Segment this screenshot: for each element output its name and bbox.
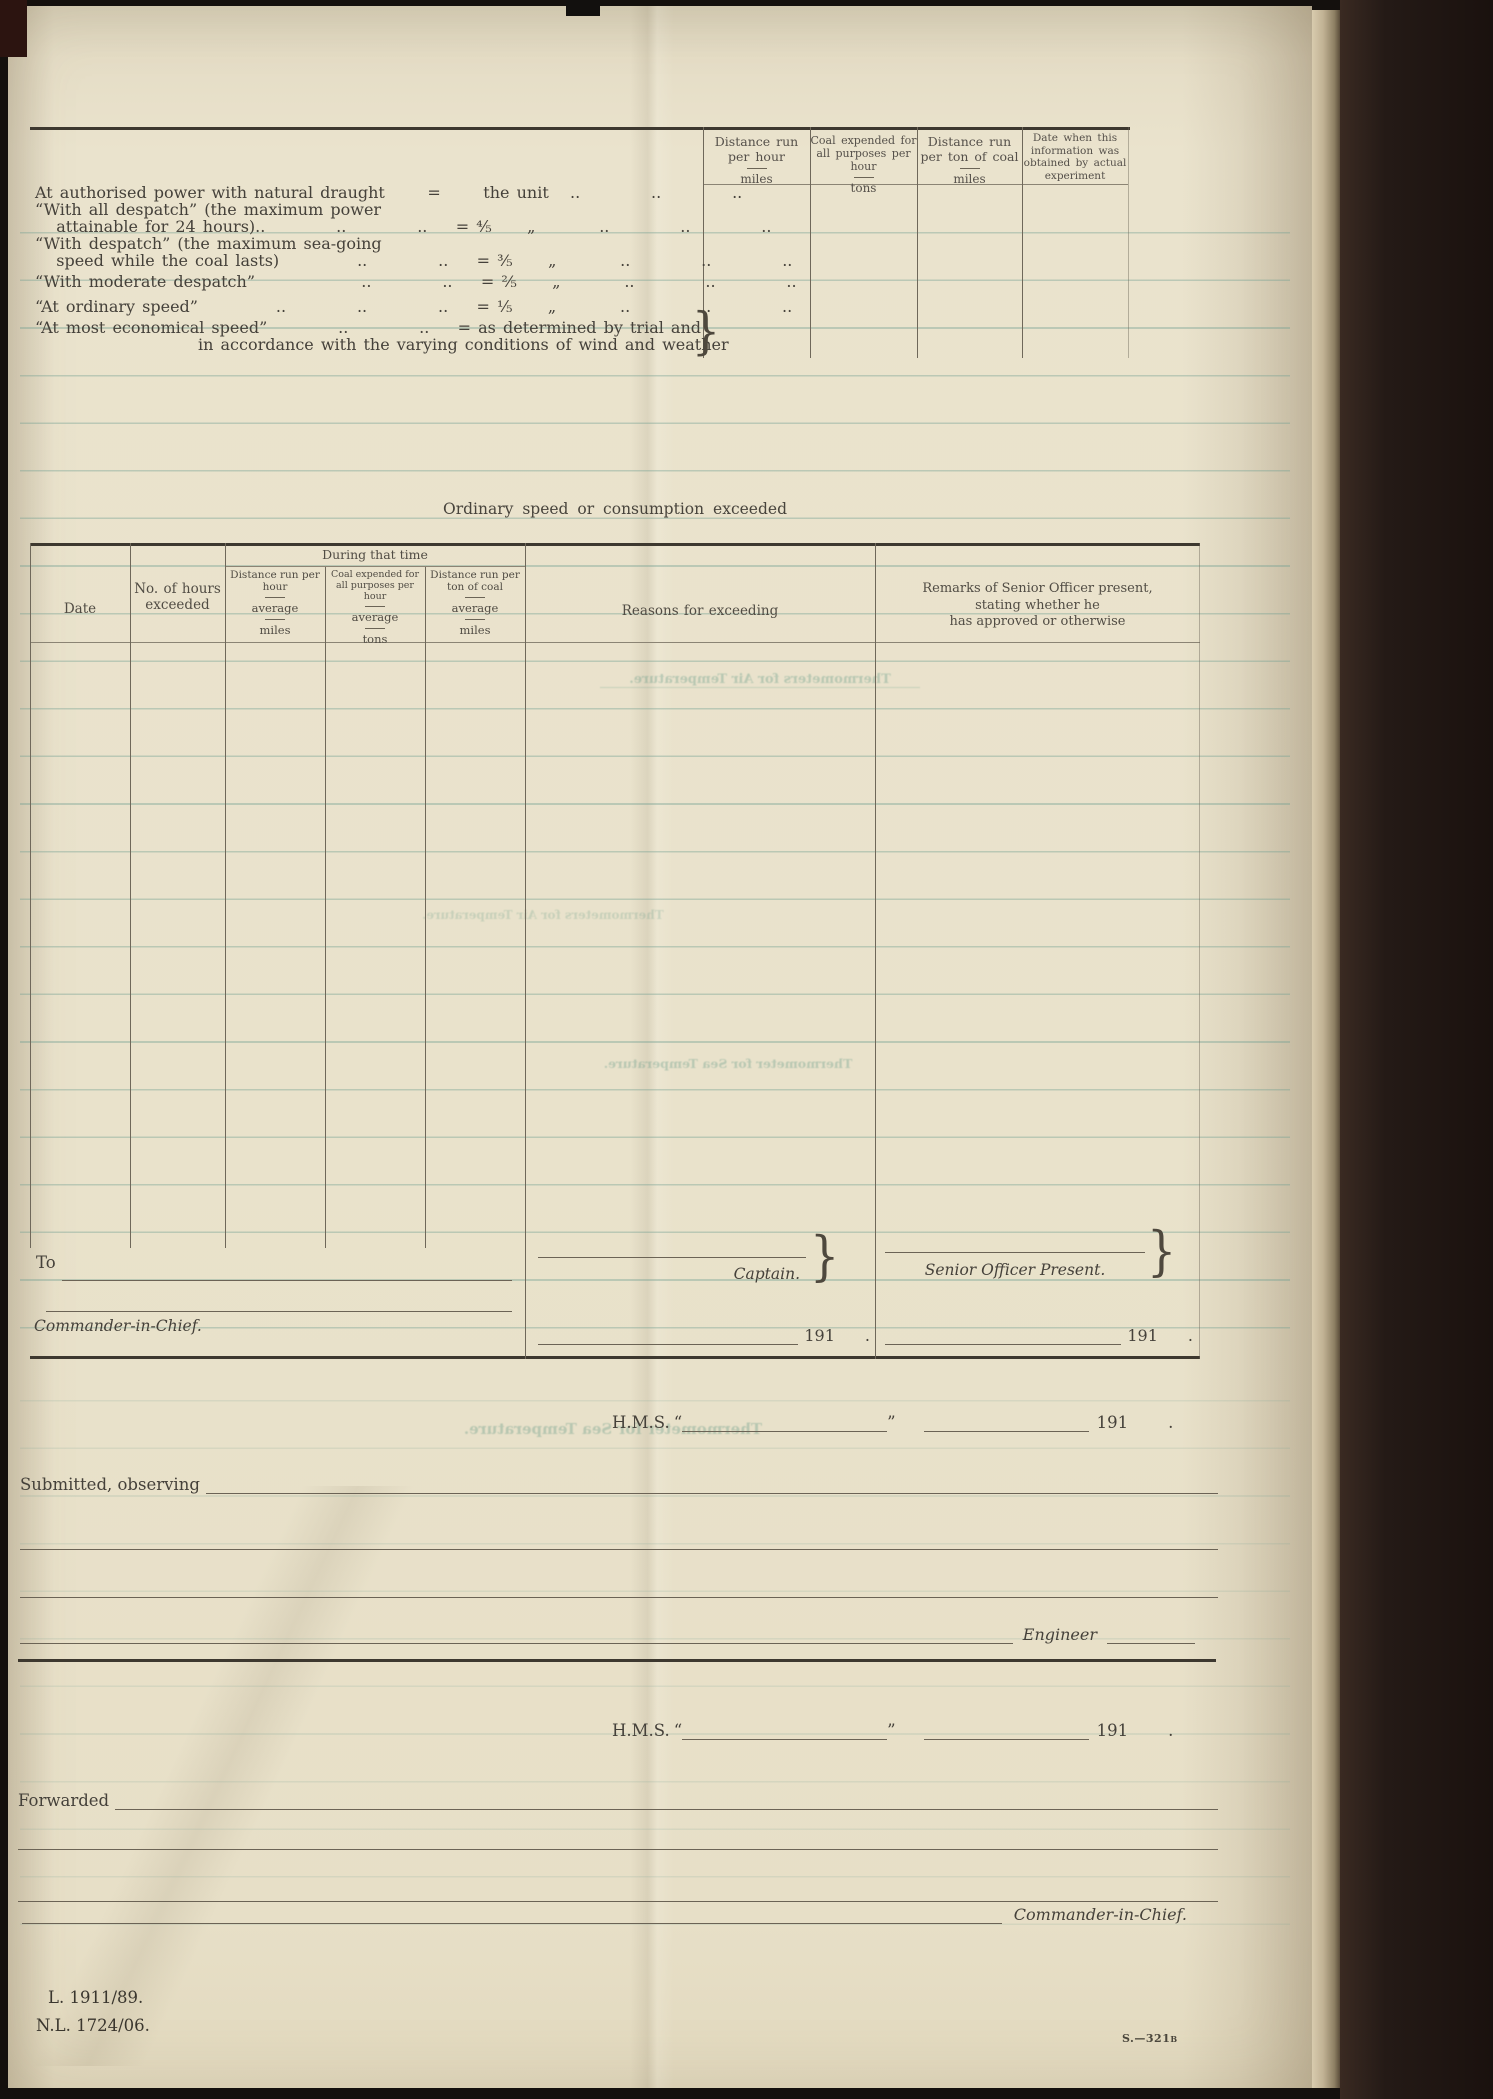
engineer-row: Engineer [20,1622,1195,1644]
remarks-line-3: has approved or otherwise [875,614,1200,631]
forwarded-row: Forwarded [18,1788,1218,1810]
power-line: attainable for 24 hours).. .. .. = ⅘ „ .… [35,218,797,235]
captain-date-row: 191 . [538,1323,874,1345]
header-remarks: Remarks of Senior Officer present, stati… [875,581,1200,631]
year-prefix: 191 [804,1326,835,1345]
sub-unit: miles [425,623,525,637]
engineer-blank-line [20,1642,1013,1644]
commander-blank-line [22,1922,1002,1924]
header-during-that-time: During that time [225,547,525,562]
scanned-form-page: Thermometers for Air Temperature. Thermo… [0,0,1493,2099]
header-date: Date [30,601,130,617]
column-header-distance-per-hour: Distance run per hour miles [703,134,810,186]
economical-speed-brace: } [692,307,720,358]
power-line: “At most economical speed” .. .. = as de… [35,319,797,336]
header-dash [465,619,485,620]
year-dot: . [1188,1326,1193,1345]
imprint-ref-2: N.L. 1724/06. [36,2016,150,2035]
remarks-line-2: stating whether he [875,598,1200,615]
exceed-left-border [30,543,31,1248]
submitted-blank-line [206,1492,1218,1494]
subheader-distance-per-ton: Distance run per ton of coal average mil… [425,569,525,637]
senior-officer-label: Senior Officer Present. [885,1261,1145,1279]
power-table-top-rule [30,127,1130,130]
header-dash [365,606,385,607]
subheader-distance-per-hour: Distance run per hour average miles [225,569,325,637]
power-line: “At ordinary speed” .. .. .. = ⅕ „ .. ..… [35,298,797,315]
sub-title: Distance run per ton of coal [425,569,525,593]
column-unit: miles [917,172,1022,186]
to-blank-line-2 [46,1311,512,1312]
dark-backing-right [1340,0,1493,2099]
header-dash [960,168,980,169]
column-header-coal-expended: Coal expended for all purposes per hour … [810,134,917,195]
column-unit: tons [810,181,917,195]
captain-date-line [538,1343,798,1345]
section-separator-rule [18,1659,1216,1662]
commander-row: Commander-in-Chief. [22,1902,1187,1924]
forwarded-blank-line [115,1808,1218,1810]
sub-unit: tons [325,632,425,646]
date-line [924,1430,1089,1432]
dark-corner-top-left [0,0,27,57]
sub-average: average [225,601,325,615]
power-line: speed while the coal lasts) .. .. = ⅗ „ … [35,252,797,269]
close-quote: ” [887,1413,895,1432]
exceed-table: Date No. of hours exceeded During that t… [30,543,1200,1359]
column-title: Distance run per hour [703,134,810,164]
close-quote: ” [887,1721,895,1740]
header-dash [365,628,385,629]
power-line: “With moderate despatch” .. .. = ⅖ „ .. … [35,273,797,290]
hms-label: H.M.S. [612,1721,670,1740]
header-dash [265,597,285,598]
exceed-table-bottom-rule [30,1356,1200,1359]
to-label: To [36,1253,56,1272]
captain-brace: } [810,1230,839,1283]
bleedthrough-ruled-lines-lower [20,1354,1290,1950]
remarks-line-1: Remarks of Senior Officer present, [875,581,1200,598]
open-quote: “ [674,1721,682,1740]
senior-brace: } [1147,1225,1176,1278]
captain-signature-line [538,1257,806,1258]
senior-signature-line [885,1252,1145,1253]
exceed-right-border [1199,543,1200,1359]
blank-line [20,1597,1218,1598]
engineer-short-line [1107,1642,1195,1644]
header-dash [854,177,874,178]
exceed-table-top-rule [30,543,1200,546]
column-header-distance-per-ton: Distance run per ton of coal miles [917,134,1022,186]
exceed-header-underline [30,642,1200,643]
year-prefix: 191 [1127,1326,1158,1345]
exceed-divider-sub1 [325,567,326,1248]
blank-line [20,1549,1218,1550]
exceed-divider-date [130,543,131,1248]
year-prefix: 191 [1097,1413,1129,1432]
captain-label: Captain. [620,1265,800,1283]
subheader-coal-expended: Coal expended for all purposes per hour … [325,569,425,646]
imprint-ref-1: L. 1911/89. [48,1988,143,2007]
to-blank-line [62,1280,512,1281]
exceed-divider-reasons [525,543,526,1359]
hms-label: H.M.S. [612,1413,670,1432]
exceed-divider-sub2 [425,567,426,1248]
senior-date-row: 191 . [885,1323,1197,1345]
exceed-table-title: Ordinary speed or consumption exceeded [30,500,1200,518]
header-dash [265,619,285,620]
year-prefix: 191 [1097,1721,1129,1740]
during-that-time-underline [225,566,525,567]
column-title: Coal expended for all purposes per hour [810,134,917,173]
sub-average: average [425,601,525,615]
power-descriptions: At authorised power with natural draught… [35,184,797,353]
power-table-right-border [1128,127,1129,358]
ship-name-line [682,1430,887,1432]
header-hours-exceeded: No. of hours exceeded [130,581,225,613]
power-line: in accordance with the varying condition… [35,336,797,353]
header-dash [465,597,485,598]
power-line: At authorised power with natural draught… [35,184,797,201]
year-dot: . [865,1326,870,1345]
exceed-divider-hours [225,543,226,1248]
engineer-label: Engineer [1023,1625,1097,1644]
senior-date-line [885,1343,1121,1345]
submitted-row: Submitted, observing [20,1472,1218,1494]
submitted-label: Submitted, observing [20,1475,200,1494]
column-header-date-obtained: Date when this information was obtained … [1022,132,1128,182]
page-stack-edge [1312,10,1340,2088]
commander-in-chief-label: Commander-in-Chief. [1014,1905,1187,1924]
power-line: “With despatch” (the maximum sea-going [35,235,797,252]
commander-in-chief-label: Commander-in-Chief. [34,1317,202,1335]
hms-row-1: H.M.S. “ ” 191 . [612,1408,1177,1432]
year-dot: . [1168,1413,1173,1432]
forwarded-label: Forwarded [18,1791,109,1810]
column-title: Date when this information was obtained … [1022,132,1128,182]
blank-line [18,1849,1218,1850]
sub-average: average [325,610,425,624]
header-reasons: Reasons for exceeding [525,603,875,619]
sub-unit: miles [225,623,325,637]
date-line [924,1738,1089,1740]
hms-row-2: H.M.S. “ ” 191 . [612,1716,1177,1740]
power-line: “With all despatch” (the maximum power [35,201,797,218]
exceed-divider-remarks [875,543,876,1359]
column-title: Distance run per ton of coal [917,134,1022,164]
header-dash [747,168,767,169]
year-dot: . [1168,1721,1173,1740]
sub-title: Distance run per hour [225,569,325,593]
open-quote: “ [674,1413,682,1432]
binding-notch [566,0,600,16]
ship-name-line [682,1738,887,1740]
print-code: S.—321b [1122,2032,1178,2045]
sub-title: Coal expended for all purposes per hour [325,569,425,602]
